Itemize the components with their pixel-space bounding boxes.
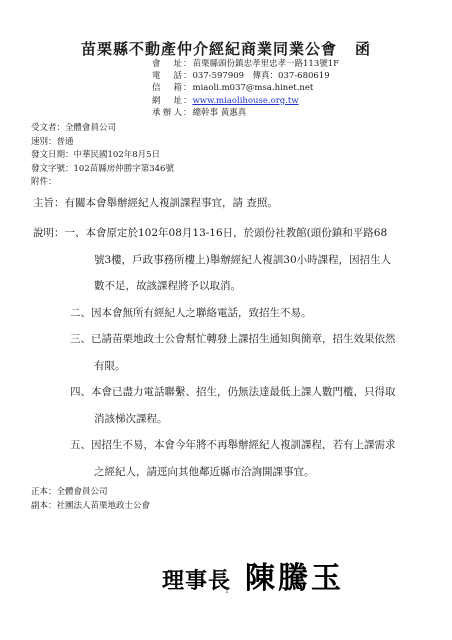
contact-value: 037-597909 傳真：037-680619 bbox=[193, 70, 330, 82]
recipient: 受文者：全體會員公司 bbox=[31, 122, 174, 136]
contact-website: 網 址：www.miaolihouse.org.tw bbox=[152, 95, 339, 107]
document-title: 苗栗縣不動產仲介經紀商業同業公會函 bbox=[0, 38, 452, 59]
page-number: 1 bbox=[225, 588, 229, 595]
document-meta: 受文者：全體會員公司 速別：普通 發文日期：中華民國102年8月5日 發文字號：… bbox=[31, 122, 174, 190]
explanation-line: 有限。 bbox=[33, 353, 396, 380]
document-number: 發文字號：102苗縣房仲勝字第346號 bbox=[31, 163, 174, 177]
contact-label: 電 話 bbox=[152, 70, 182, 82]
explanation-line: 三、已請苗栗地政士公會幫忙轉發上課招生通知與簡章，招生效果依然 bbox=[33, 326, 396, 353]
explanation-line: 之經紀人，請逕向其他鄰近縣市洽詢開課事宜。 bbox=[33, 459, 396, 486]
contact-value: 苗栗縣頭份鎮忠孝里忠孝一路113號1F bbox=[193, 58, 340, 70]
contact-address: 會 址：苗栗縣頭份鎮忠孝里忠孝一路113號1F bbox=[152, 58, 339, 70]
signatory-title: 理事長 bbox=[162, 568, 231, 594]
distribution-list: 正本：全體會員公司 副本：社團法人苗栗地政士公會 bbox=[31, 486, 150, 513]
contact-value: 總幹事 黃惠真 bbox=[193, 107, 247, 119]
issue-date: 發文日期：中華民國102年8月5日 bbox=[31, 149, 174, 163]
delivery-speed: 速別：普通 bbox=[31, 136, 174, 150]
contact-label: 承辦人 bbox=[152, 107, 182, 119]
explanation-line: 五、因招生不易，本會今年將不再舉辦經紀人複訓課程，若有上課需求 bbox=[33, 432, 396, 459]
explanation-section: 說明：一、本會原定於102年08月13-16日，於頭份社教館(頭份鎮和平路68 … bbox=[33, 220, 396, 485]
explanation-line: 消該梯次課程。 bbox=[33, 406, 396, 433]
contact-email: 信 箱：miaoli.m037@msa.hinet.net bbox=[152, 82, 339, 94]
contact-block: 會 址：苗栗縣頭份鎮忠孝里忠孝一路113號1F 電 話：037-597909 傳… bbox=[152, 58, 339, 119]
explanation-line: 數不足，故該課程將予以取消。 bbox=[33, 273, 396, 300]
explanation-line: 說明：一、本會原定於102年08月13-16日，於頭份社教館(頭份鎮和平路68 bbox=[33, 220, 396, 247]
explanation-line: 四、本會已盡力電話聯繫、招生，仍無法達最低上課人數門檻，只得取 bbox=[33, 379, 396, 406]
organization-name: 苗栗縣不動產仲介經紀商業同業公會 bbox=[81, 40, 337, 58]
website-link[interactable]: www.miaolihouse.org.tw bbox=[193, 95, 299, 107]
explanation-line: 二、因本會無所有經紀人之聯絡電話，致招生不易。 bbox=[33, 300, 396, 327]
contact-label: 網 址 bbox=[152, 95, 182, 107]
contact-phone: 電 話：037-597909 傳真：037-680619 bbox=[152, 70, 339, 82]
contact-handler: 承辦人：總幹事 黃惠真 bbox=[152, 107, 339, 119]
subject-line: 主旨：有關本會舉辦經紀人複訓課程事宜，請 查照。 bbox=[33, 195, 278, 210]
signatory-name: 陳騰玉 bbox=[245, 561, 344, 596]
contact-label: 信 箱 bbox=[152, 82, 182, 94]
carbon-copy: 副本：社團法人苗栗地政士公會 bbox=[31, 500, 150, 514]
attachment: 附件： bbox=[31, 176, 174, 190]
signature-block: 理事長陳騰玉 bbox=[162, 553, 344, 597]
explanation-line: 號3樓，戶政事務所樓上)舉辦經紀人複訓30小時課程，因招生人 bbox=[33, 247, 396, 274]
contact-value: miaoli.m037@msa.hinet.net bbox=[193, 82, 314, 94]
original-copy: 正本：全體會員公司 bbox=[31, 486, 150, 500]
contact-label: 會 址 bbox=[152, 58, 182, 70]
document-type: 函 bbox=[355, 40, 371, 58]
